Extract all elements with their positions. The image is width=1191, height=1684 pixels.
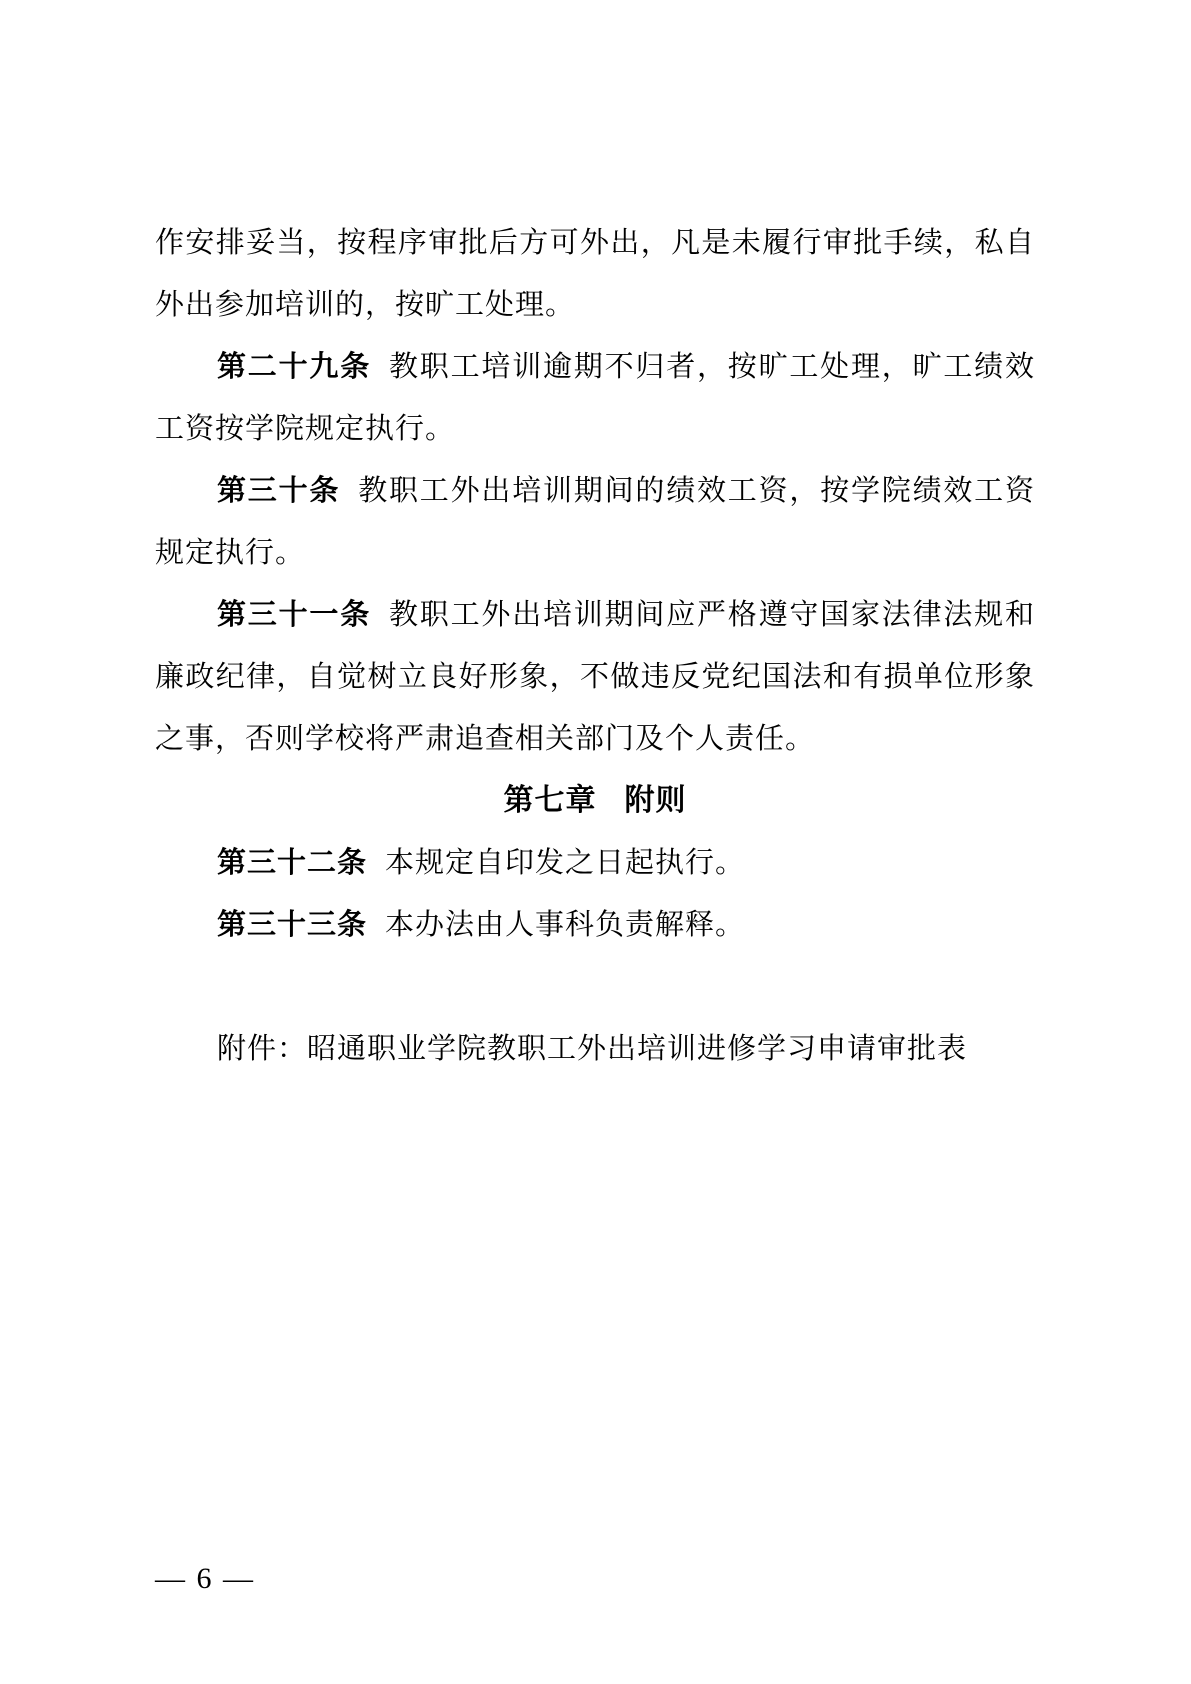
article-33-text: 本办法由人事科负责解释。 <box>385 909 745 941</box>
chapter-number: 第七章 <box>504 784 597 817</box>
chapter-title: 附则 <box>625 784 687 817</box>
carryover-paragraph: 作安排妥当，按程序审批后方可外出，凡是未履行审批手续，私自外出参加培训的，按旷工… <box>155 212 1035 336</box>
article-31: 第三十一条教职工外出培训期间应严格遵守国家法律法规和廉政纪律，自觉树立良好形象，… <box>155 584 1035 770</box>
article-33: 第三十三条本办法由人事科负责解释。 <box>155 894 1035 956</box>
article-32-label: 第三十二条 <box>217 847 367 879</box>
article-30: 第三十条教职工外出培训期间的绩效工资，按学院绩效工资规定执行。 <box>155 460 1035 584</box>
page-footer: — 6 — <box>155 1562 255 1596</box>
article-29: 第二十九条教职工培训逾期不归者，按旷工处理，旷工绩效工资按学院规定执行。 <box>155 336 1035 460</box>
article-31-label: 第三十一条 <box>217 599 371 631</box>
article-32: 第三十二条本规定自印发之日起执行。 <box>155 832 1035 894</box>
attachment-line: 附件：昭通职业学院教职工外出培训进修学习申请审批表 <box>155 1018 1035 1080</box>
chapter-heading: 第七章附则 <box>155 770 1035 832</box>
article-32-text: 本规定自印发之日起执行。 <box>385 847 745 879</box>
document-page: 作安排妥当，按程序审批后方可外出，凡是未履行审批手续，私自外出参加培训的，按旷工… <box>0 0 1191 1684</box>
article-29-label: 第二十九条 <box>217 351 371 383</box>
attachment-label: 附件： <box>217 1033 307 1065</box>
attachment-text: 昭通职业学院教职工外出培训进修学习申请审批表 <box>307 1033 967 1065</box>
page-number: — 6 — <box>155 1562 255 1595</box>
document-body: 作安排妥当，按程序审批后方可外出，凡是未履行审批手续，私自外出参加培训的，按旷工… <box>155 212 1035 1080</box>
article-30-label: 第三十条 <box>217 475 340 507</box>
article-33-label: 第三十三条 <box>217 909 367 941</box>
